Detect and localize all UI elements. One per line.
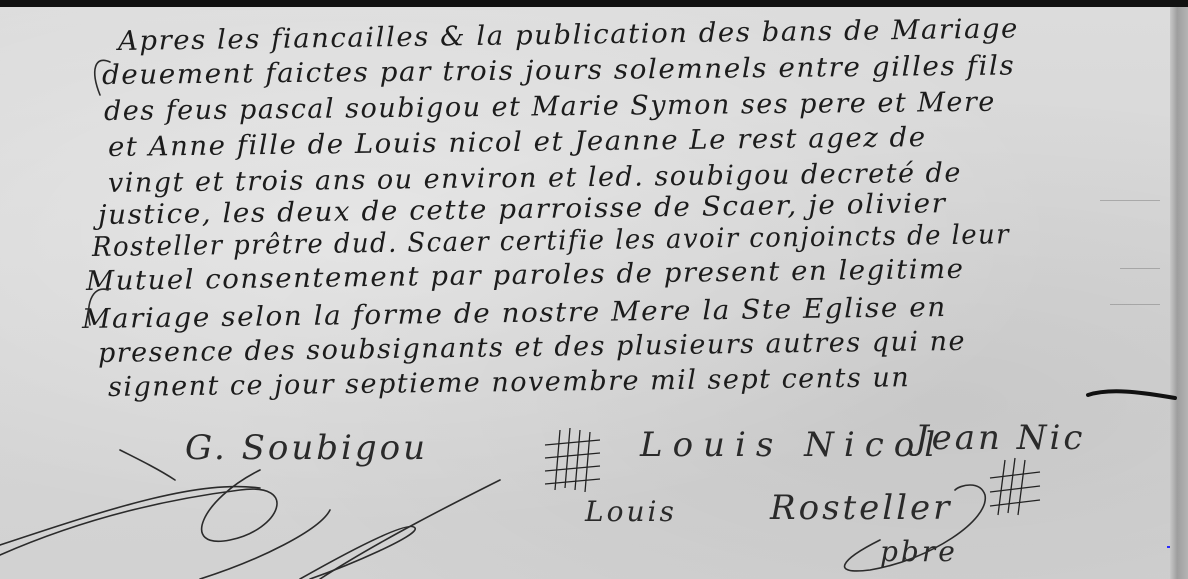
margin-rule — [1110, 304, 1160, 305]
signature-priest-title: pbre — [880, 535, 958, 568]
record-line-3: des feus pascal soubigou et Marie Symon … — [104, 87, 996, 127]
record-line-2: deuement faictes par trois jours solemne… — [102, 50, 1016, 91]
window-top-bar — [0, 0, 1188, 7]
scan-artifact-dot — [1167, 546, 1170, 548]
signature-witness-louis-nicol: Louis Nicol — [640, 425, 945, 465]
margin-rule — [1120, 268, 1160, 269]
page-edge — [1170, 7, 1188, 579]
record-line-11: signent ce jour septieme novembre mil se… — [108, 362, 911, 403]
signature-witness-louis: Louis — [585, 495, 677, 528]
margin-rule — [1100, 200, 1160, 201]
signature-priest: Rosteller — [770, 488, 952, 528]
signature-witness-jean-nic: Jean Nic — [915, 418, 1085, 458]
signature-groom: G. Soubigou — [185, 428, 428, 468]
record-line-4: et Anne fille de Louis nicol et Jeanne L… — [108, 122, 927, 163]
document-scan: Apres les fiancailles & la publication d… — [0, 0, 1188, 579]
record-line-1: Apres les fiancailles & la publication d… — [118, 13, 1019, 57]
